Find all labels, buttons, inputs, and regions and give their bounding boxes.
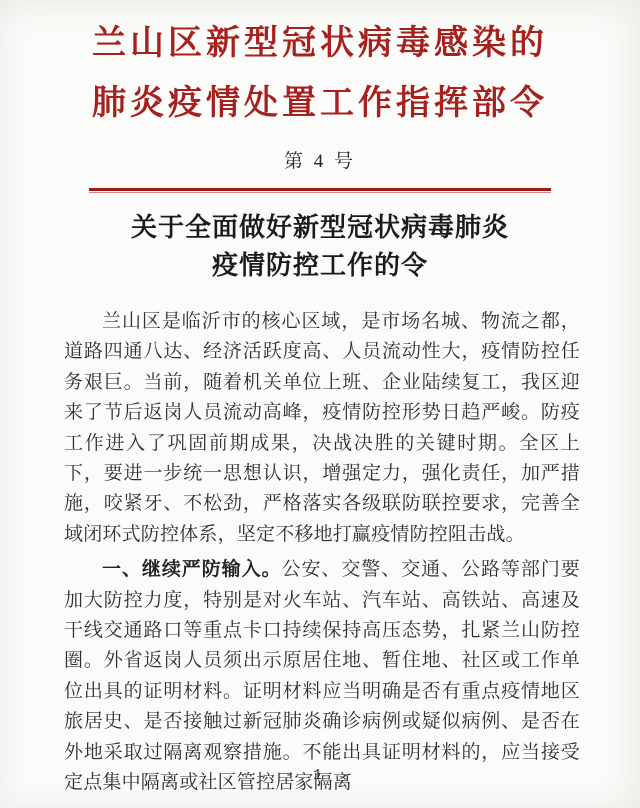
- order-title-line2: 疫情防控工作的令: [0, 247, 640, 285]
- paragraph-measure-1-text: 公安、交警、交通、公路等部门要加大防控力度，特别是对火车站、汽车站、高铁站、高速…: [64, 559, 580, 793]
- paragraph-measure-1-lead: 一、继续严防输入。: [102, 559, 282, 580]
- order-title: 关于全面做好新型冠状病毒肺炎 疫情防控工作的令: [0, 209, 640, 285]
- page-number: - 1 -: [0, 767, 640, 784]
- document-page: 兰山区新型冠状病毒感染的 肺炎疫情处置工作指挥部令 第 4 号 关于全面做好新型…: [0, 0, 640, 808]
- paragraph-intro-text: 兰山区是临沂市的核心区域，是市场名城、物流之都，道路四通八达、经济活跃度高、人员…: [64, 311, 580, 545]
- order-title-line1: 关于全面做好新型冠状病毒肺炎: [0, 209, 640, 247]
- document-title-line1: 兰山区新型冠状病毒感染的: [0, 14, 640, 74]
- document-body: 兰山区是临沂市的核心区域，是市场名城、物流之都，道路四通八达、经济活跃度高、人员…: [64, 307, 580, 799]
- paragraph-measure-1: 一、继续严防输入。公安、交警、交通、公路等部门要加大防控力度，特别是对火车站、汽…: [64, 555, 580, 798]
- red-divider-rule: [89, 188, 551, 193]
- paragraph-intro: 兰山区是临沂市的核心区域，是市场名城、物流之都，道路四通八达、经济活跃度高、人员…: [64, 307, 580, 550]
- document-title-line2: 肺炎疫情处置工作指挥部令: [0, 74, 640, 134]
- document-title: 兰山区新型冠状病毒感染的 肺炎疫情处置工作指挥部令: [0, 0, 640, 134]
- document-number: 第 4 号: [0, 146, 640, 173]
